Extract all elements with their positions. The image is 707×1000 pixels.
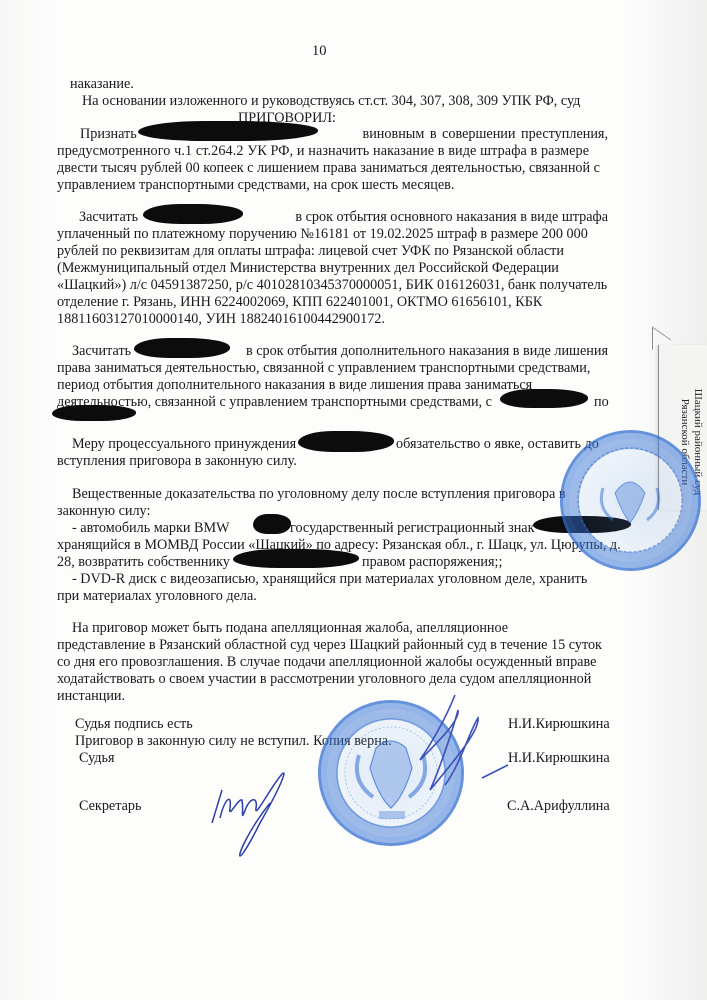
para1-line3: двести тысяч рублей 00 копеек с лишением… [57, 160, 600, 177]
secretary-name: С.А.Арифуллина [507, 798, 610, 815]
para3-line2: права заниматься деятельностью, связанно… [57, 360, 590, 377]
judge2-label: Судья [79, 750, 115, 767]
redaction [138, 121, 318, 141]
secretary-label: Секретарь [79, 798, 141, 815]
redaction [143, 204, 243, 224]
para5-line6: - DVD-R диск с видеозаписью, хранящийся … [72, 571, 587, 588]
para1-line4: управлением транспортными средствами, на… [57, 177, 454, 194]
para3-line1a: Засчитать [72, 343, 131, 360]
court-seal-stamp [560, 430, 701, 571]
judge-signature [400, 690, 510, 820]
para5-line2: законную силу: [57, 503, 150, 520]
judge-name: Н.И.Кирюшкина [508, 716, 610, 733]
para5-line3b: государственный регистрационный знак [290, 520, 534, 537]
document-page: 10 Шацкий районный суд Рязанской области… [0, 0, 707, 1000]
judge-label: Судья подпись есть [75, 716, 193, 733]
redaction [500, 389, 588, 408]
para1-line1a: Признать [80, 126, 137, 143]
para5-line5b: правом распоряжения;; [362, 554, 502, 571]
redaction [253, 514, 291, 534]
para6-line5: инстанции. [57, 688, 125, 705]
para5-line7: при материалах уголовного дела. [57, 588, 257, 605]
para2-line1b: в срок отбытия основного наказания в вид… [250, 209, 608, 226]
para3-line4b: по [594, 394, 609, 411]
eagle-emblem-icon [563, 433, 698, 568]
para6-line3: со дня его провозглашения. В случае пода… [57, 654, 596, 671]
para2-line5: «Шацкий») л/с 04591387250, р/с 401028103… [57, 277, 607, 294]
redaction [233, 549, 359, 568]
para6-line1: На приговор может быть подана апелляцион… [72, 620, 508, 637]
para4-line1a: Меру процессуального принуждения [72, 436, 296, 453]
para6-line4: ходатайствовать о своем участии в рассмо… [57, 671, 591, 688]
judge2-name: Н.И.Кирюшкина [508, 750, 610, 767]
para2-line6: отделение г. Рязань, ИНН 6224002069, КПП… [57, 294, 542, 311]
page-number: 10 [312, 43, 327, 60]
para2-line3: рублей по реквизитам для оплаты штрафа: … [57, 243, 564, 260]
para3-line3: период отбытия дополнительного наказания… [57, 377, 532, 394]
para1-line2: предусмотренного ч.1 ст.264.2 УК РФ, и н… [57, 143, 589, 160]
intro-line1: На основании изложенного и руководствуяс… [82, 93, 580, 110]
para3-line1b: в срок отбытия дополнительного наказания… [232, 343, 608, 360]
redaction [52, 405, 136, 421]
redaction [298, 431, 394, 452]
para5-line1: Вещественные доказательства по уголовном… [72, 486, 566, 503]
para1-line1b: виновным в совершении преступления, [318, 126, 608, 143]
para6-line2: представление в Рязанский областной суд … [57, 637, 602, 654]
secretary-signature [200, 768, 300, 863]
para2-line1a: Засчитать [79, 209, 138, 226]
redaction [134, 338, 230, 358]
para2-line4: (Межмуниципальный отдел Министерства вну… [57, 260, 559, 277]
intro-line0: наказание. [70, 76, 134, 93]
para2-line7: 18811603127010000140, УИН 18824016100442… [57, 311, 385, 328]
para5-line3a: - автомобиль марки BMW [72, 520, 230, 537]
para2-line2: уплаченный по платежному поручению №1618… [57, 226, 588, 243]
para5-line5a: 28, возвратить собственнику [57, 554, 230, 571]
para4-line2: вступления приговора в законную силу. [57, 453, 297, 470]
